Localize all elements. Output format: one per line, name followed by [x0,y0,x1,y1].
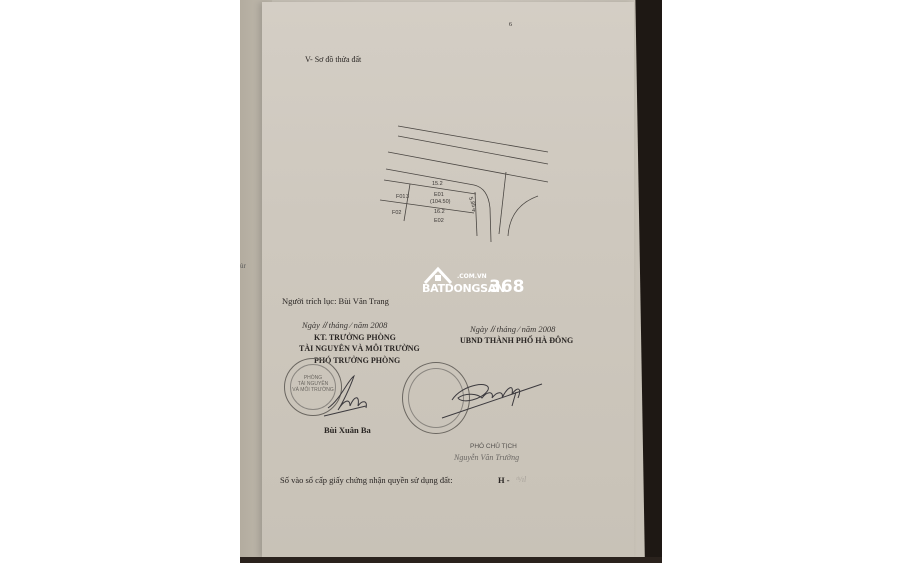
dim-right: 4 [472,208,475,214]
lot-e01: E01 [434,192,444,198]
section-title: V- Sơ đồ thửa đất [305,55,361,64]
right-signature [422,370,572,430]
left-title-1: KT. TRƯỞNG PHÒNG [314,333,396,342]
left-date: Ngày 𝑖𝑙 tháng ⁄ năm 2008 [302,320,387,331]
registration-value: ᵗʰ/ıl [516,475,526,484]
lot-area: (104.50) [430,199,451,205]
page-mark: 6 [509,22,512,28]
certificate-page: 6 V- Sơ đồ thửa đất F01 3 F02 E01 (104.5… [262,2,634,558]
lot-f01: F01 [396,194,405,200]
watermark-domain: .COM.VN [457,273,487,280]
registration-label: Số vào sổ cấp giấy chứng nhận quyền sử d… [280,475,453,485]
dim-bottom: 16.2 [434,209,445,215]
dim-top: 15.2 [432,181,443,187]
left-title-2: TÀI NGUYÊN VÀ MÔI TRƯỜNG [299,344,420,353]
right-signer-title: PHÓ CHỦ TỊCH [470,443,517,450]
right-authority: UBND THÀNH PHỐ HÀ ĐÔNG [460,336,573,345]
dim-left: 3 [406,194,409,200]
right-date: Ngày 𝑙𝑖 tháng ⁄ năm 2008 [470,324,555,335]
watermark-logo: .COM.VN BATDONGSAN 368 [419,264,529,300]
watermark-number: 368 [489,277,525,297]
registration-prefix: H - [498,475,510,485]
document-photo: ủr 6 V- Sơ đồ thửa đất F01 3 F02 E01 [240,0,662,563]
right-signer-name: Nguyễn Văn Trường [454,453,519,462]
dark-background-bottom [240,557,662,563]
lot-e02: E02 [434,218,444,224]
extractor-line: Người trích lục: Bùi Văn Trang [282,296,389,306]
lot-f02: F02 [392,210,401,216]
land-plot-diagram: F01 3 F02 E01 (104.50) E02 15.2 16.2 5.8… [370,112,570,252]
left-signature [320,370,380,420]
side-text-fragment: ủr [240,262,246,270]
left-signer-name: Bùi Xuân Ba [324,425,371,435]
